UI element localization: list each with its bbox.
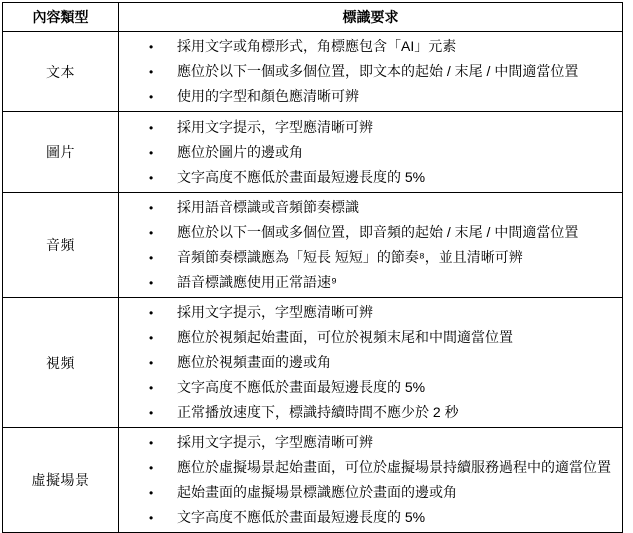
bullet-icon: • <box>119 481 177 505</box>
bullet-icon: • <box>119 431 177 455</box>
bullet-text: 文字高度不應低於畫面最短邊長度的 5% <box>177 505 618 529</box>
bullet-item: •採用文字提示，字型應清晰可辨 <box>119 115 618 140</box>
content-type-cell: 虛擬場景 <box>3 428 119 533</box>
bullet-item: •應位於虛擬場景起始畫面，可位於虛擬場景持續服務過程中的適當位置 <box>119 455 618 480</box>
ai-labeling-requirements-table: 內容類型 標識要求 文本•採用文字或角標形式，角標應包含「AI」元素•應位於以下… <box>2 2 623 533</box>
bullet-item: •文字高度不應低於畫面最短邊長度的 5% <box>119 165 618 190</box>
bullet-item: •採用文字或角標形式，角標應包含「AI」元素 <box>119 34 618 59</box>
bullet-text: 採用文字提示，字型應清晰可辨 <box>177 115 618 139</box>
bullet-icon: • <box>119 401 177 425</box>
bullet-item: •文字高度不應低於畫面最短邊長度的 5% <box>119 505 618 530</box>
table-row: 音頻•採用語音標識或音頻節奏標識•應位於以下一個或多個位置，即音頻的起始 / 末… <box>3 193 623 298</box>
requirements-cell: •採用語音標識或音頻節奏標識•應位於以下一個或多個位置，即音頻的起始 / 末尾 … <box>119 193 623 298</box>
bullet-text: 應位於以下一個或多個位置，即音頻的起始 / 末尾 / 中間適當位置 <box>177 220 618 244</box>
bullet-text: 採用語音標識或音頻節奏標識 <box>177 195 618 219</box>
bullet-text: 採用文字提示，字型應清晰可辨 <box>177 430 618 454</box>
bullet-icon: • <box>119 301 177 325</box>
bullet-icon: • <box>119 376 177 400</box>
bullet-item: •採用文字提示，字型應清晰可辨 <box>119 300 618 325</box>
bullet-item: •應位於以下一個或多個位置，即文本的起始 / 末尾 / 中間適當位置 <box>119 59 618 84</box>
bullet-text: 起始畫面的虛擬場景標識應位於畫面的邊或角 <box>177 480 618 504</box>
bullet-item: •採用文字提示，字型應清晰可辨 <box>119 430 618 455</box>
content-type-cell: 文本 <box>3 32 119 112</box>
bullet-icon: • <box>119 326 177 350</box>
bullet-icon: • <box>119 85 177 109</box>
table-row: 圖片•採用文字提示，字型應清晰可辨•應位於圖片的邊或角•文字高度不應低於畫面最短… <box>3 112 623 193</box>
bullet-text: 應位於圖片的邊或角 <box>177 140 618 164</box>
bullet-text: 應位於視頻畫面的邊或角 <box>177 350 618 374</box>
column-header-labeling-requirements: 標識要求 <box>119 3 623 32</box>
bullet-icon: • <box>119 60 177 84</box>
bullet-icon: • <box>119 166 177 190</box>
bullet-item: •文字高度不應低於畫面最短邊長度的 5% <box>119 375 618 400</box>
table-row: 虛擬場景•採用文字提示，字型應清晰可辨•應位於虛擬場景起始畫面，可位於虛擬場景持… <box>3 428 623 533</box>
bullet-item: •語音標識應使用正常語速⁹ <box>119 270 618 295</box>
column-header-content-type: 內容類型 <box>3 3 119 32</box>
bullet-item: •應位於以下一個或多個位置，即音頻的起始 / 末尾 / 中間適當位置 <box>119 220 618 245</box>
bullet-text: 文字高度不應低於畫面最短邊長度的 5% <box>177 375 618 399</box>
table-row: 視頻•採用文字提示，字型應清晰可辨•應位於視頻起始畫面，可位於視頻末尾和中間適當… <box>3 298 623 428</box>
bullet-text: 採用文字或角標形式，角標應包含「AI」元素 <box>177 34 618 58</box>
table-row: 文本•採用文字或角標形式，角標應包含「AI」元素•應位於以下一個或多個位置，即文… <box>3 32 623 112</box>
bullet-item: •應位於圖片的邊或角 <box>119 140 618 165</box>
requirements-cell: •採用文字提示，字型應清晰可辨•應位於虛擬場景起始畫面，可位於虛擬場景持續服務過… <box>119 428 623 533</box>
bullet-item: •應位於視頻起始畫面，可位於視頻末尾和中間適當位置 <box>119 325 618 350</box>
bullet-item: •音頻節奏標識應為「短長 短短」的節奏⁸，並且清晰可辨 <box>119 245 618 270</box>
bullet-icon: • <box>119 196 177 220</box>
content-type-cell: 圖片 <box>3 112 119 193</box>
content-type-cell: 視頻 <box>3 298 119 428</box>
bullet-icon: • <box>119 246 177 270</box>
content-type-cell: 音頻 <box>3 193 119 298</box>
bullet-text: 文字高度不應低於畫面最短邊長度的 5% <box>177 165 618 189</box>
bullet-text: 應位於虛擬場景起始畫面，可位於虛擬場景持續服務過程中的適當位置 <box>177 455 618 479</box>
bullet-icon: • <box>119 141 177 165</box>
header-row: 內容類型 標識要求 <box>3 3 623 32</box>
bullet-item: •採用語音標識或音頻節奏標識 <box>119 195 618 220</box>
bullet-icon: • <box>119 456 177 480</box>
bullet-icon: • <box>119 221 177 245</box>
requirements-cell: •採用文字提示，字型應清晰可辨•應位於視頻起始畫面，可位於視頻末尾和中間適當位置… <box>119 298 623 428</box>
bullet-icon: • <box>119 271 177 295</box>
bullet-icon: • <box>119 116 177 140</box>
bullet-text: 應位於以下一個或多個位置，即文本的起始 / 末尾 / 中間適當位置 <box>177 59 618 83</box>
bullet-item: •起始畫面的虛擬場景標識應位於畫面的邊或角 <box>119 480 618 505</box>
bullet-text: 應位於視頻起始畫面，可位於視頻末尾和中間適當位置 <box>177 325 618 349</box>
bullet-text: 正常播放速度下，標識持續時間不應少於 2 秒 <box>177 400 618 424</box>
table-body: 文本•採用文字或角標形式，角標應包含「AI」元素•應位於以下一個或多個位置，即文… <box>3 32 623 533</box>
bullet-text: 音頻節奏標識應為「短長 短短」的節奏⁸，並且清晰可辨 <box>177 245 618 269</box>
bullet-icon: • <box>119 35 177 59</box>
bullet-text: 使用的字型和顏色應清晰可辨 <box>177 84 618 108</box>
requirements-cell: •採用文字提示，字型應清晰可辨•應位於圖片的邊或角•文字高度不應低於畫面最短邊長… <box>119 112 623 193</box>
bullet-icon: • <box>119 351 177 375</box>
bullet-text: 採用文字提示，字型應清晰可辨 <box>177 300 618 324</box>
requirements-cell: •採用文字或角標形式，角標應包含「AI」元素•應位於以下一個或多個位置，即文本的… <box>119 32 623 112</box>
bullet-item: •應位於視頻畫面的邊或角 <box>119 350 618 375</box>
bullet-text: 語音標識應使用正常語速⁹ <box>177 270 618 294</box>
bullet-icon: • <box>119 506 177 530</box>
bullet-item: •正常播放速度下，標識持續時間不應少於 2 秒 <box>119 400 618 425</box>
bullet-item: •使用的字型和顏色應清晰可辨 <box>119 84 618 109</box>
